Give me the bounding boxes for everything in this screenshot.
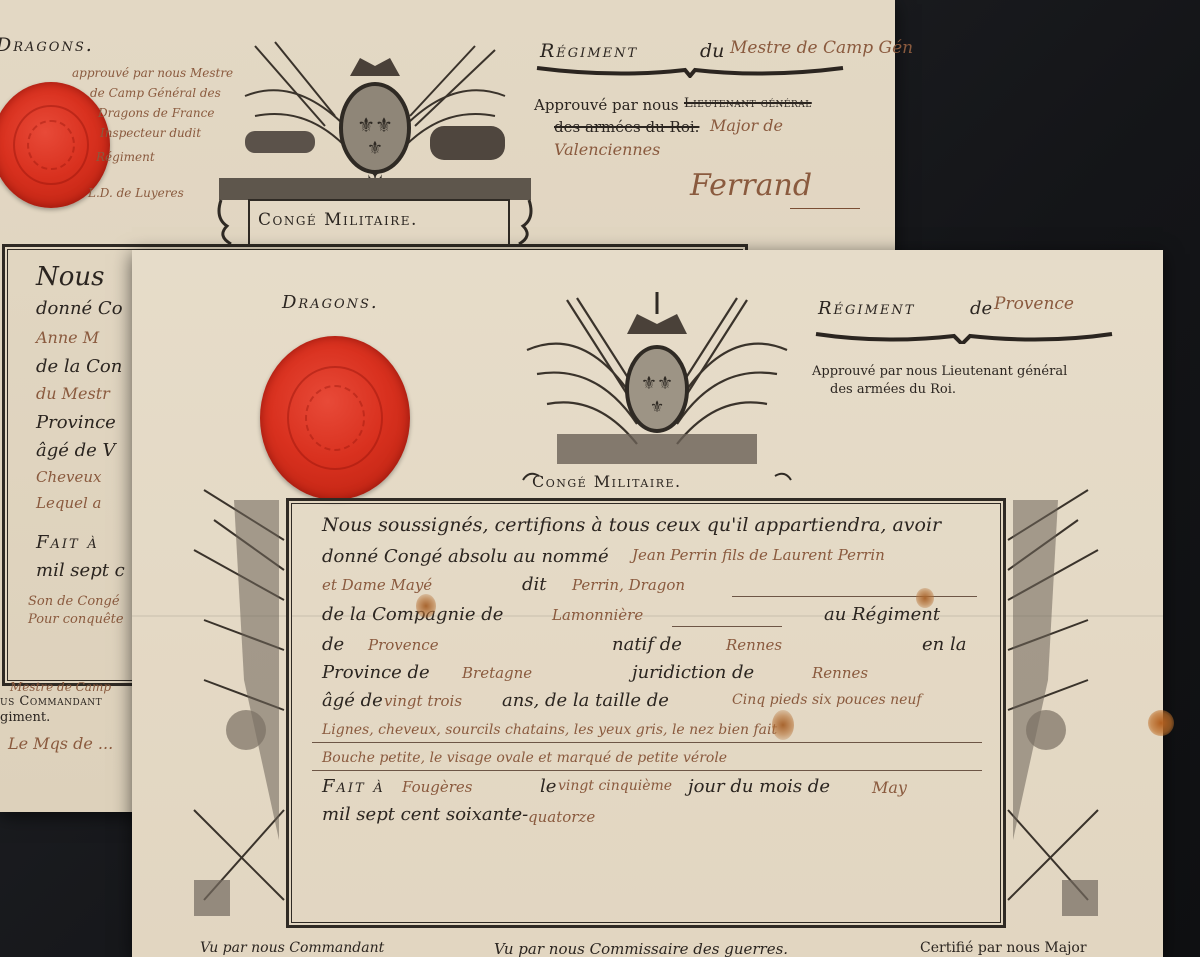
cert-jurisdiction-label: juridiction de (632, 662, 754, 683)
footer-fragment: Le Mqs de ... (8, 734, 113, 753)
foxing-stain (1148, 710, 1174, 736)
svg-text:⚜: ⚜ (650, 397, 664, 416)
cert-birthplace-entry: Rennes (726, 636, 782, 654)
footer-fragment: giment. (0, 710, 50, 725)
front-regiment-label: Régiment (818, 298, 915, 319)
cert-place-entry: Fougères (402, 778, 473, 796)
back-approval-handwritten-1: Major de (710, 116, 783, 135)
cert-province-entry: Bretagne (462, 664, 532, 682)
back-regiment-label: Régiment (540, 40, 638, 62)
marginal-note-line: approuvé par nous Mestre (72, 66, 233, 80)
cert-jurisdiction-entry: Rennes (812, 664, 868, 682)
body-fragment: Fait à (36, 532, 99, 553)
cert-nickname-entry: Perrin, Dragon (572, 576, 685, 594)
body-fragment: Lequel a (36, 494, 102, 512)
body-fragment: Cheveux (36, 468, 102, 486)
front-approval-line-1: Approuvé par nous Lieutenant général (812, 364, 1067, 379)
back-corps-heading: Dragons. (0, 34, 94, 56)
cert-de-label: de (322, 634, 344, 655)
cert-dit-label: dit (522, 574, 547, 595)
marginal-note-line: Régiment (96, 150, 155, 164)
fill-line (672, 626, 782, 627)
back-signature: Ferrand (690, 168, 812, 203)
body-fragment: du Mestr (36, 384, 110, 403)
printed-text: donné Congé absolu au nommé (322, 546, 609, 567)
svg-text:⚜⚜: ⚜⚜ (357, 113, 393, 137)
front-brace-ornament-icon (814, 330, 1114, 344)
cert-name-entry: Jean Perrin fils de Laurent Perrin (632, 546, 885, 564)
cert-province-label: Province de (322, 662, 430, 683)
body-fragment: Son de Congé (28, 594, 120, 609)
back-approval-struck-2: des armées du Roi. (554, 118, 699, 136)
cert-year-label: mil sept cent soixante- (322, 804, 528, 825)
cert-age-entry: vingt trois (384, 692, 462, 710)
back-regiment-prefix: du (700, 40, 724, 62)
marginal-note-line: Inspecteur dudit (100, 126, 201, 140)
cert-le-label: le (540, 776, 556, 797)
cert-line-2: donné Congé absolu au nommé (322, 546, 609, 567)
back-approval-struck-1: Lieutenant général (684, 96, 812, 111)
body-fragment: de la Con (36, 356, 122, 377)
footer-fragment: Mestre de Camp (10, 680, 111, 694)
left-military-trophy-icon (184, 480, 294, 930)
fill-line (732, 596, 977, 597)
marginal-note-line: Dragons de France (98, 106, 214, 120)
footer-commissaire: Vu par nous Commissaire des guerres. (494, 940, 788, 957)
back-approval-handwritten-2: Valenciennes (554, 140, 660, 159)
cert-made-at-label: Fait à (322, 776, 385, 797)
body-fragment: mil sept c (36, 560, 125, 581)
svg-text:⚜: ⚜ (367, 138, 383, 159)
cert-en-la-label: en la (922, 634, 966, 655)
cert-height-entry: Cinq pieds six pouces neuf (732, 692, 922, 708)
cert-description-entry-1: Lignes, cheveux, sourcils chatains, les … (322, 722, 777, 738)
footer-fragment: us Commandant (0, 694, 102, 709)
body-fragment: Province (36, 412, 116, 433)
foxing-stain (416, 594, 436, 618)
front-regiment-name: Provence (994, 294, 1074, 314)
svg-text:⚜⚜: ⚜⚜ (641, 373, 673, 394)
front-wax-seal (260, 336, 410, 500)
cert-month-label: jour du mois de (688, 776, 830, 797)
marginal-note-line: L.D. de Luyeres (88, 186, 184, 200)
front-title: Congé Militaire. (532, 472, 682, 491)
cert-month-entry: May (872, 778, 907, 797)
cert-year-entry: quatorze (528, 808, 595, 826)
foxing-stain (916, 588, 934, 608)
body-fragment: Pour conquête (28, 612, 124, 627)
cert-native-label: natif de (612, 634, 682, 655)
back-brace-ornament-icon (535, 64, 845, 78)
fill-line (312, 770, 982, 771)
cert-regiment-entry: Provence (368, 636, 439, 654)
body-fragment: âgé de V (36, 440, 116, 461)
body-fragment: Anne M (36, 328, 99, 347)
front-regiment-prefix: de (970, 298, 992, 319)
cert-day-entry: vingt cinquième (558, 778, 672, 794)
back-title: Congé Militaire. (258, 210, 418, 230)
signature-underline (790, 208, 860, 209)
body-fragment: Nous (36, 262, 105, 292)
marginal-note-line: de Camp Général des (90, 86, 221, 100)
cert-mother-entry: et Dame Mayé (322, 576, 432, 594)
footer-commandant: Vu par nous Commandant (200, 940, 384, 956)
front-approval-line-2: des armées du Roi. (830, 382, 956, 397)
cert-age-label: âgé de (322, 690, 383, 711)
cert-company-entry: Lamonnière (552, 606, 643, 624)
front-corps-heading: Dragons. (282, 292, 379, 313)
front-royal-arms-emblem-icon: ⚜⚜ ⚜ (517, 284, 797, 494)
footer-major: Certifié par nous Major (920, 940, 1087, 956)
front-document: Dragons. ⚜⚜ ⚜ Congé Militaire. Régiment … (132, 250, 1163, 957)
back-approval-printed: Approuvé par nous (534, 96, 679, 114)
cert-line-1: Nous soussignés, certifions à tous ceux … (322, 514, 941, 536)
cert-description-entry-2: Bouche petite, le visage ovale et marqué… (322, 750, 727, 766)
right-military-trophy-icon (998, 480, 1108, 930)
printed-text: Nous soussignés, certifions à tous ceux … (322, 514, 941, 536)
back-regiment-name: Mestre de Camp Gén (730, 38, 913, 58)
foxing-stain (772, 710, 794, 740)
body-fragment: donné Co (36, 298, 123, 319)
cert-company-label: de la Compagnie de (322, 604, 503, 625)
fill-line (312, 742, 982, 743)
cert-height-label: ans, de la taille de (502, 690, 669, 711)
